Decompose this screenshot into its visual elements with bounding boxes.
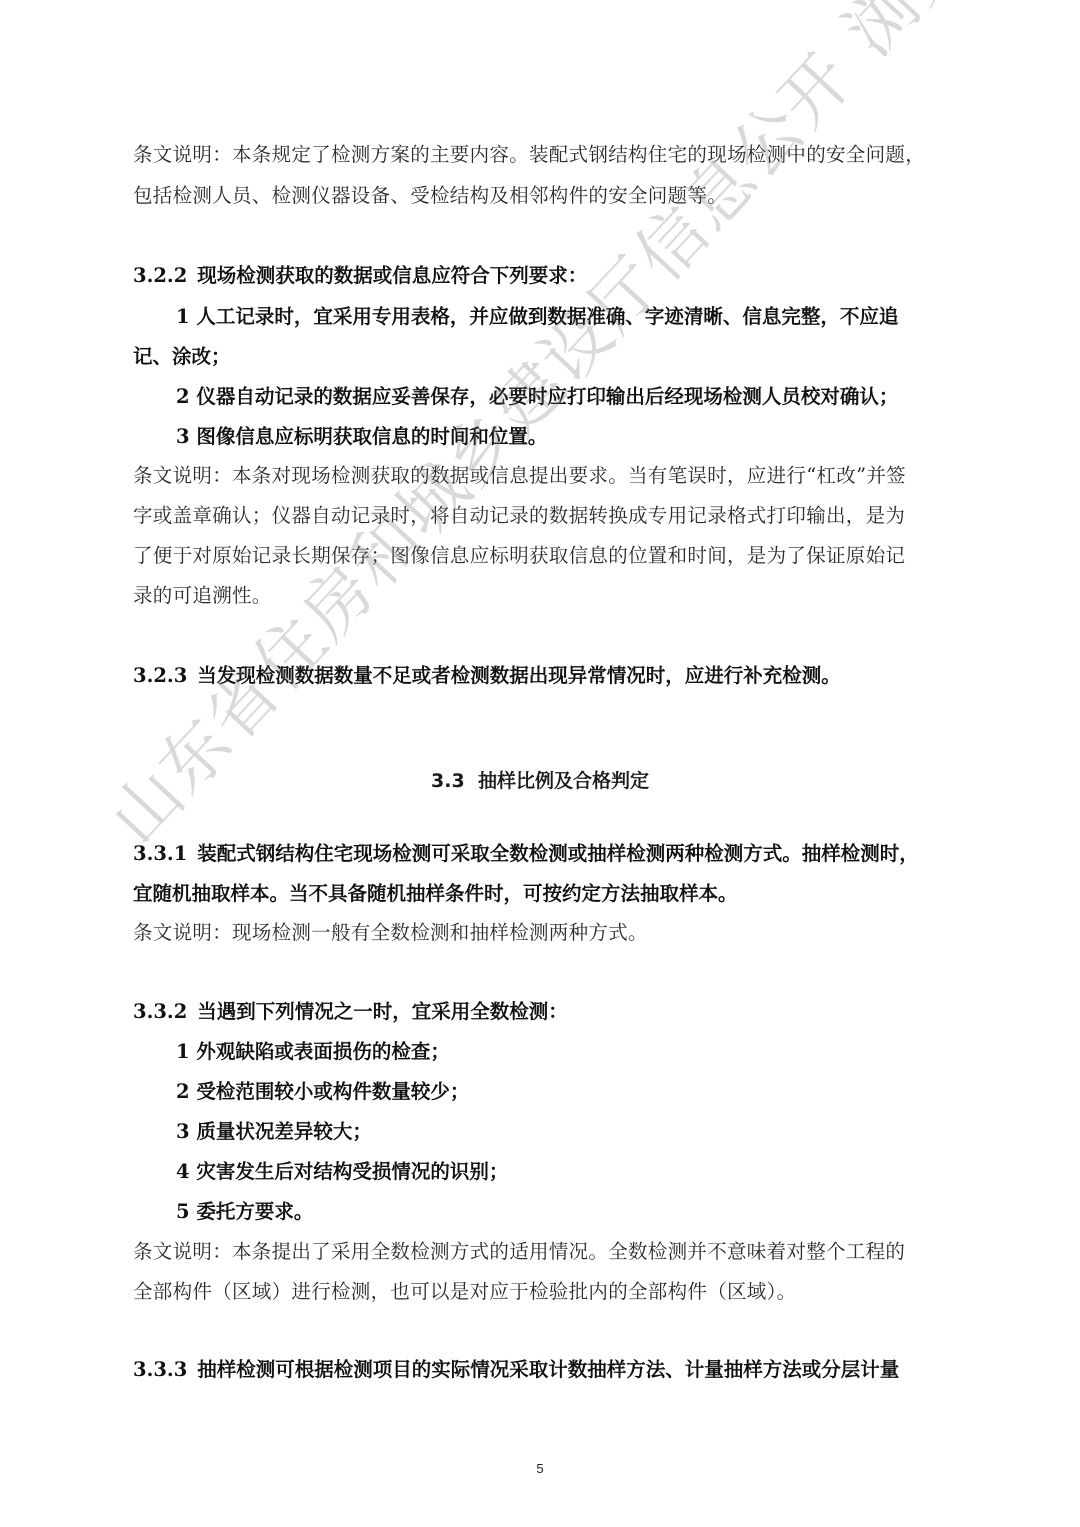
list-item-5: 5 委托方要求。 (176, 1200, 313, 1224)
section-title: 抽样比例及合格判定 (478, 770, 649, 792)
list-item-1: 1 人工记录时，宜采用专用表格，并应做到数据准确、字迹清晰、信息完整，不应追 (176, 305, 898, 329)
clause-number: 3.3.2 (133, 1000, 187, 1023)
note-3-2-1-line-2: 包括检测人员、检测仪器设备、受检结构及相邻构件的安全问题等。 (133, 184, 727, 208)
list-item-1-continued: 记、涂改； (133, 345, 231, 369)
clause-3-2-2: 3.2.2现场检测获取的数据或信息应符合下列要求： (133, 264, 587, 288)
clause-text: 装配式钢结构住宅现场检测可采取全数检测或抽样检测两种检测方式。抽样检测时， (197, 842, 919, 865)
clause-3-3-1-continued: 宜随机抽取样本。当不具备随机抽样条件时，可按约定方法抽取样本。 (133, 882, 738, 906)
clause-text: 当发现检测数据数量不足或者检测数据出现异常情况时，应进行补充检测。 (197, 664, 841, 687)
note-3-2-1-line-1: 条文说明：本条规定了检测方案的主要内容。装配式钢结构住宅的现场检测中的安全问题， (133, 143, 925, 167)
list-item-2: 2 受检范围较小或构件数量较少； (176, 1080, 469, 1104)
watermark-suffix: 浏览专用 (831, 0, 1080, 71)
page-number: 5 (0, 1461, 1080, 1476)
note-3-2-2-line-1: 条文说明：本条对现场检测获取的数据或信息提出要求。当有笔误时，应进行“杠改”并签 (133, 464, 906, 488)
list-item-3: 3 图像信息应标明获取信息的时间和位置。 (176, 425, 547, 449)
clause-3-3-2: 3.3.2当遇到下列情况之一时，宜采用全数检测： (133, 1000, 568, 1024)
clause-3-3-1: 3.3.1装配式钢结构住宅现场检测可采取全数检测或抽样检测两种检测方式。抽样检测… (133, 842, 919, 866)
clause-number: 3.2.2 (133, 264, 187, 287)
section-number: 3.3 (431, 770, 465, 792)
clause-text: 当遇到下列情况之一时，宜采用全数检测： (197, 1000, 568, 1023)
clause-number: 3.2.3 (133, 664, 187, 687)
note-3-2-2-line-2: 字或盖章确认；仪器自动记录时，将自动记录的数据转换成专用记录格式打印输出，是为 (133, 504, 905, 528)
note-3-2-2-line-3: 了便于对原始记录长期保存；图像信息应标明获取信息的位置和时间，是为了保证原始记 (133, 544, 905, 568)
clause-number: 3.3.3 (133, 1358, 187, 1381)
section-heading: 3.3 抽样比例及合格判定 (0, 766, 1080, 793)
list-item-3: 3 质量状况差异较大； (176, 1120, 372, 1144)
clause-number: 3.3.1 (133, 842, 187, 865)
clause-text: 抽样检测可根据检测项目的实际情况采取计数抽样方法、计量抽样方法或分层计量 (197, 1358, 899, 1381)
note-3-3-2-line-2: 全部构件（区域）进行检测，也可以是对应于检验批内的全部构件（区域）。 (133, 1280, 796, 1304)
list-item-1: 1 外观缺陷或表面损伤的检查； (176, 1040, 450, 1064)
note-3-2-2-line-4: 录的可追溯性。 (133, 584, 272, 608)
note-3-3-1: 条文说明：现场检测一般有全数检测和抽样检测两种方式。 (133, 921, 648, 945)
list-item-4: 4 灾害发生后对结构受损情况的识别； (176, 1160, 508, 1184)
list-item-2: 2 仪器自动记录的数据应妥善保存，必要时应打印输出后经现场检测人员校对确认； (176, 385, 898, 409)
clause-3-2-3: 3.2.3当发现检测数据数量不足或者检测数据出现异常情况时，应进行补充检测。 (133, 664, 841, 688)
clause-text: 现场检测获取的数据或信息应符合下列要求： (197, 264, 587, 287)
clause-3-3-3: 3.3.3抽样检测可根据检测项目的实际情况采取计数抽样方法、计量抽样方法或分层计… (133, 1358, 899, 1382)
document-page: 条文说明：本条规定了检测方案的主要内容。装配式钢结构住宅的现场检测中的安全问题，… (0, 0, 1080, 1527)
note-3-3-2-line-1: 条文说明：本条提出了采用全数检测方式的适用情况。全数检测并不意味着对整个工程的 (133, 1240, 905, 1264)
